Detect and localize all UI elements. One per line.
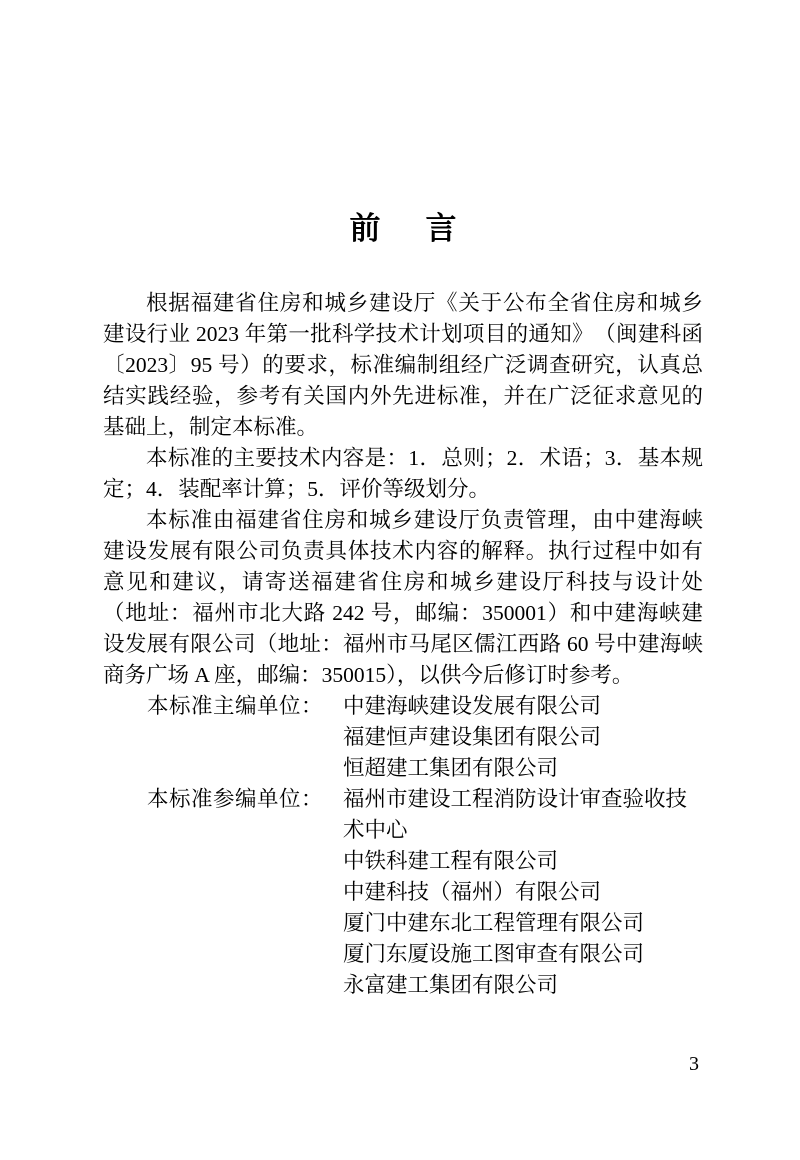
document-page: 前 言 根据福建省住房和城乡建设厅《关于公布全省住房和城乡建设行业 2023 年…	[0, 0, 800, 1160]
paragraphs: 根据福建省住房和城乡建设厅《关于公布全省住房和城乡建设行业 2023 年第一批科…	[103, 288, 703, 691]
page-content: 前 言 根据福建省住房和城乡建设厅《关于公布全省住房和城乡建设行业 2023 年…	[103, 208, 703, 1001]
paragraph: 本标准由福建省住房和城乡建设厅负责管理，由中建海峡建设发展有限公司负责具体技术内…	[103, 505, 703, 691]
page-number: 3	[682, 1050, 706, 1078]
unit-item: 恒超建工集团有限公司	[343, 753, 695, 784]
unit-item: 厦门东厦设施工图审查有限公司	[343, 939, 695, 970]
unit-item: 厦门中建东北工程管理有限公司	[343, 908, 695, 939]
unit-row: 本标准主编单位：中建海峡建设发展有限公司福建恒声建设集团有限公司恒超建工集团有限…	[103, 691, 703, 784]
title-char-1: 前	[350, 208, 381, 250]
unit-items: 中建海峡建设发展有限公司福建恒声建设集团有限公司恒超建工集团有限公司	[343, 691, 695, 784]
unit-item: 福州市建设工程消防设计审查验收技术中心	[343, 784, 695, 846]
unit-row: 本标准参编单位：福州市建设工程消防设计审查验收技术中心中铁科建工程有限公司中建科…	[103, 784, 703, 1001]
page-title: 前 言	[103, 208, 703, 250]
unit-item: 福建恒声建设集团有限公司	[343, 722, 695, 753]
unit-item: 中铁科建工程有限公司	[343, 846, 695, 877]
unit-items: 福州市建设工程消防设计审查验收技术中心中铁科建工程有限公司中建科技（福州）有限公…	[343, 784, 695, 1001]
paragraph: 本标准的主要技术内容是：1．总则；2．术语；3．基本规定；4．装配率计算；5．评…	[103, 443, 703, 505]
title-char-2: 言	[426, 208, 457, 250]
unit-item: 中建科技（福州）有限公司	[343, 877, 695, 908]
unit-item: 永富建工集团有限公司	[343, 970, 695, 1001]
unit-item: 中建海峡建设发展有限公司	[343, 691, 695, 722]
unit-label: 本标准参编单位：	[147, 784, 343, 1001]
unit-label: 本标准主编单位：	[147, 691, 343, 784]
paragraph: 根据福建省住房和城乡建设厅《关于公布全省住房和城乡建设行业 2023 年第一批科…	[103, 288, 703, 443]
units-list: 本标准主编单位：中建海峡建设发展有限公司福建恒声建设集团有限公司恒超建工集团有限…	[103, 691, 703, 1001]
